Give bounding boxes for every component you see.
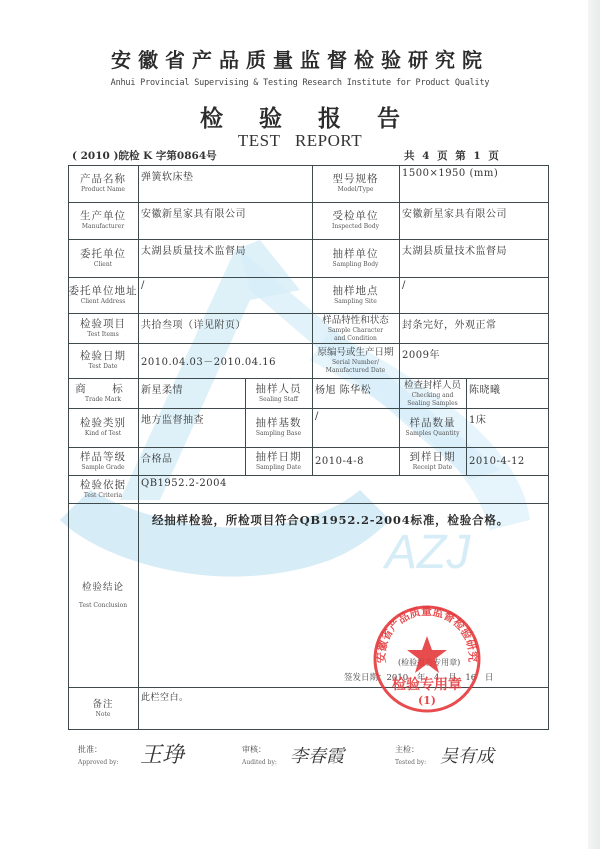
value-receipt-date: 2010-4-12 [466,447,549,475]
label-kind-of-test: 检验类别Kind of Test [68,408,138,447]
value-test-items: 共拾叁项（详见附页） [138,313,312,343]
value-client: 太湖县质量技术监督局 [138,239,312,277]
label-product-name: 产品名称Product Name [68,165,138,202]
value-test-date: 2010.04.03－2010.04.16 [138,343,312,378]
value-product-name: 弹簧软床垫 [138,165,312,202]
institute-name-en: Anhui Provincial Supervising & Testing R… [0,78,600,88]
page-info: 共 4 页 第 1 页 [404,148,499,163]
label-samples-quantity: 样品数量Samples Quantity [399,408,466,447]
value-sampling-site: / [399,277,549,313]
value-test-criteria: QB1952.2-2004 [138,475,549,503]
label-client-address: 委托单位地址Client Address [68,277,138,313]
label-test-items: 检验项目Test Items [68,313,138,343]
label-sampling-body: 抽样单位Sampling Body [312,239,399,277]
report-title-cn: 检验报告 [0,100,600,133]
value-client-address: / [138,277,312,313]
label-inspected-body: 受检单位Inspected Body [312,202,399,239]
label-trade-mark: 商 标Trade Mark [68,378,138,408]
approved-signature: 王琤 [140,738,184,769]
label-sampling-date: 抽样日期Sampling Date [245,447,312,475]
official-seal-icon: 安徽省产品质量监督检验研究院 检验专用章 (1) [372,604,482,714]
svg-text:(1): (1) [418,694,436,707]
value-manufacturer: 安徽新星家具有限公司 [138,202,312,239]
value-sample-condition: 封条完好，外观正常 [399,313,549,343]
label-sampling-site: 抽样地点Sampling Site [312,277,399,313]
value-sample-grade: 合格品 [138,447,245,475]
value-sampling-staff: 杨旭 陈华松 [312,378,399,408]
value-samples-quantity: 1床 [466,408,549,447]
audited-by-label: 审核：Audited by: [242,743,277,769]
value-inspected-body: 安徽新星家具有限公司 [399,202,549,239]
report-number: ( 2010 )皖检 K 字第0864号 [72,148,217,163]
label-sample-grade: 样品等级Sample Grade [68,447,138,475]
label-receipt-date: 到样日期Receipt Date [399,447,466,475]
svg-text:检验专用章: 检验专用章 [392,676,462,693]
value-sampling-base: / [312,408,399,447]
value-sealing-samples: 陈晓曦 [466,378,549,408]
audited-signature: 李春霞 [290,742,344,768]
tested-by-label: 主检：Tested by: [395,743,426,769]
label-test-date: 检验日期Test Date [68,343,138,378]
label-test-conclusion: 检验结论Test Conclusion [68,503,138,687]
value-sampling-date: 2010-4-8 [312,447,399,475]
label-client: 委托单位Client [68,239,138,277]
institute-name-cn: 安徽省产品质量监督检验研究院 [0,44,600,73]
label-test-criteria: 检验依据Test Criteria [68,475,138,503]
value-sampling-body: 太湖县质量技术监督局 [399,239,549,277]
value-trade-mark: 新星柔情 [138,378,245,408]
approved-by-label: 批准：Approved by: [78,743,118,769]
value-note: 此栏空白。 [138,687,338,730]
label-sealing-samples: 检查封样人员Checking andSealing Samples [399,378,466,408]
value-test-conclusion: 经抽样检验，所检项目符合QB1952.2-2004标准，检验合格。 [152,512,509,528]
label-manufacturer: 生产单位Manufacturer [68,202,138,239]
value-kind-of-test: 地方监督抽查 [138,408,245,447]
label-sample-condition: 样品特性和状态Sample Characterand Condition [312,313,399,343]
label-sampling-base: 抽样基数Sampling Base [245,408,312,447]
value-model-type: 1500×1950 (mm) [399,165,549,202]
label-serial-number: 原编号或生产日期Serial Number/Manufactured Date [312,343,399,378]
label-model-type: 型号规格Model/Type [312,165,399,202]
value-serial-number: 2009年 [399,343,549,378]
label-sampling-staff: 抽样人员Sealing Staff [245,378,312,408]
label-note: 备注Note [68,687,138,730]
tested-signature: 吴有成 [440,742,494,768]
